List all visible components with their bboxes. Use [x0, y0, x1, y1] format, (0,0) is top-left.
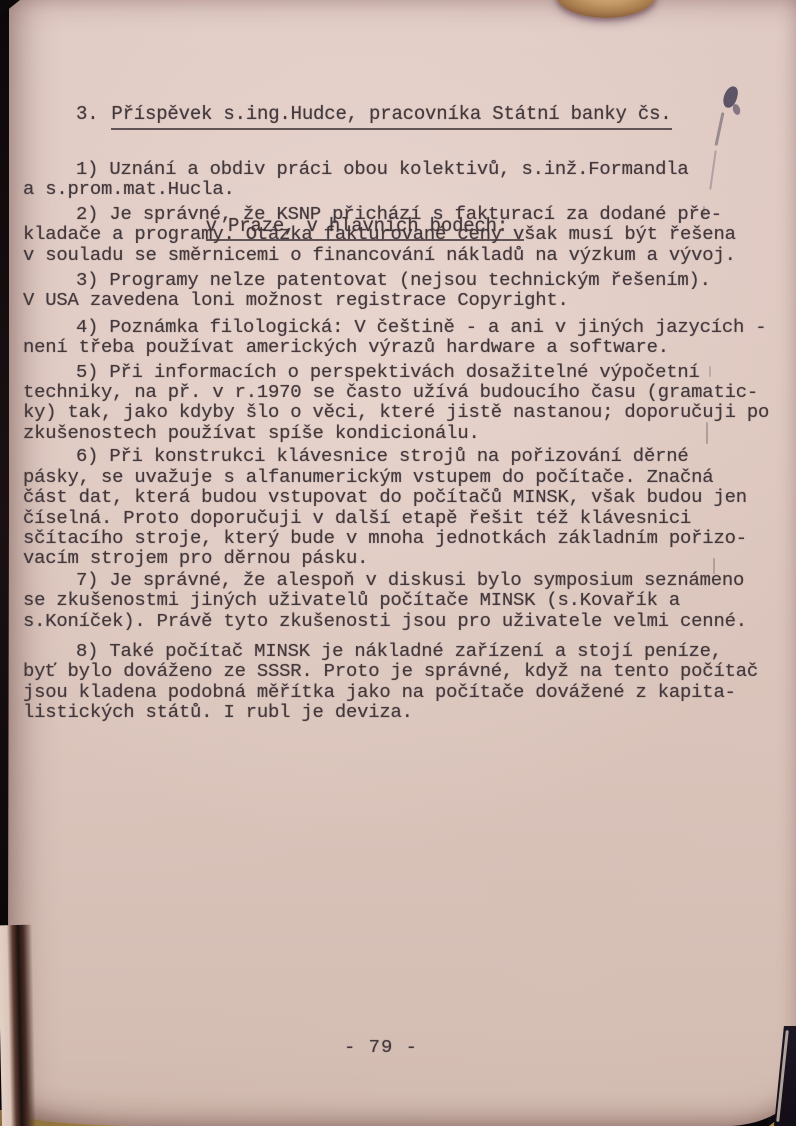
- paragraph-line: 2) Je správné, že KSNP přichází s faktur…: [23, 204, 796, 224]
- paragraph: 4) Poznámka filologická: V češtině - a a…: [23, 317, 796, 358]
- paragraph-line: 3) Programy nelze patentovat (nejsou tec…: [23, 270, 796, 290]
- paragraph-line: v souladu se směrnicemi o financování ná…: [23, 245, 796, 265]
- paragraph-line: 8) Také počítač MINSK je nákladné zaříze…: [23, 641, 796, 661]
- paragraph-line: se zkušenostmi jiných uživatelů počítače…: [23, 590, 796, 610]
- paragraph-line: 1) Uznání a obdiv práci obou kolektivů, …: [23, 159, 796, 179]
- paragraph-line: číselná. Proto doporučuji v další etapě …: [23, 508, 796, 528]
- paragraph-line: část dat, která budou vstupovat do počít…: [23, 487, 796, 507]
- paragraph-line: vacím strojem pro děrnou pásku.: [23, 548, 796, 568]
- section-number: 3.: [76, 102, 98, 130]
- paragraph-line: ky) tak, jako kdyby šlo o věci, které ji…: [23, 402, 796, 422]
- paragraph: 5) Při informacích o perspektivách dosaž…: [23, 362, 796, 444]
- paragraph-line: 5) Při informacích o perspektivách dosaž…: [23, 362, 796, 382]
- paragraph-line: techniky, na př. v r.1970 se často užívá…: [23, 382, 796, 402]
- paragraph: 3) Programy nelze patentovat (nejsou tec…: [23, 270, 796, 311]
- ink-mark: [706, 422, 708, 444]
- ink-mark: [703, 206, 705, 216]
- paragraph-line: pásky, se uvažuje s alfanumerickým vstup…: [23, 467, 796, 487]
- section-heading-line1: 3. Příspěvek s.ing.Hudce, pracovníka Stá…: [76, 102, 672, 130]
- paragraph-line: 6) Při konstrukci klávesnice strojů na p…: [23, 446, 796, 466]
- paragraph: 2) Je správné, že KSNP přichází s faktur…: [23, 204, 796, 265]
- paragraph-line: V USA zavedena loni možnost registrace C…: [23, 290, 796, 310]
- paragraph-line: byť bylo dováženo ze SSSR. Proto je sprá…: [23, 661, 796, 681]
- paragraph: 7) Je správné, že alespoň v diskusi bylo…: [23, 570, 796, 631]
- paragraph-line: 7) Je správné, že alespoň v diskusi bylo…: [23, 570, 796, 590]
- gutter-shadow: [0, 925, 36, 1126]
- paragraph-line: a s.prom.mat.Hucla.: [23, 179, 796, 199]
- paragraph-line: sčítacího stroje, který bude v mnoha jed…: [23, 528, 796, 548]
- paragraph: 1) Uznání a obdiv práci obou kolektivů, …: [23, 159, 796, 200]
- paragraph: 6) Při konstrukci klávesnice strojů na p…: [23, 446, 796, 568]
- ink-mark: [709, 366, 711, 377]
- paragraph-line: s.Koníček). Právě tyto zkušenosti jsou p…: [23, 611, 796, 631]
- page-surface: 3. Příspěvek s.ing.Hudce, pracovníka Stá…: [8, 0, 796, 1126]
- paragraph: 8) Také počítač MINSK je nákladné zaříze…: [23, 641, 796, 723]
- binding-edge: [0, 0, 9, 950]
- ink-mark: [713, 558, 715, 574]
- paragraph-line: listických států. I rubl je deviza.: [23, 702, 796, 722]
- paragraph-line: jsou kladena podobná měřítka jako na poč…: [23, 682, 796, 702]
- section-title-line1: Příspěvek s.ing.Hudce, pracovníka Státní…: [111, 102, 671, 130]
- scanned-document-photo: 3. Příspěvek s.ing.Hudce, pracovníka Stá…: [0, 0, 796, 1126]
- paragraph-line: kladače a programy. Otázka fakturované c…: [23, 224, 796, 244]
- paragraph-line: zkušenostech používat spíše kondicionálu…: [23, 423, 796, 443]
- paragraph-line: není třeba používat amerických výrazů ha…: [23, 337, 796, 357]
- page-number: - 79 -: [344, 1036, 418, 1058]
- paragraph-list: 1) Uznání a obdiv práci obou kolektivů, …: [23, 159, 796, 723]
- paragraph-line: 4) Poznámka filologická: V češtině - a a…: [23, 317, 796, 337]
